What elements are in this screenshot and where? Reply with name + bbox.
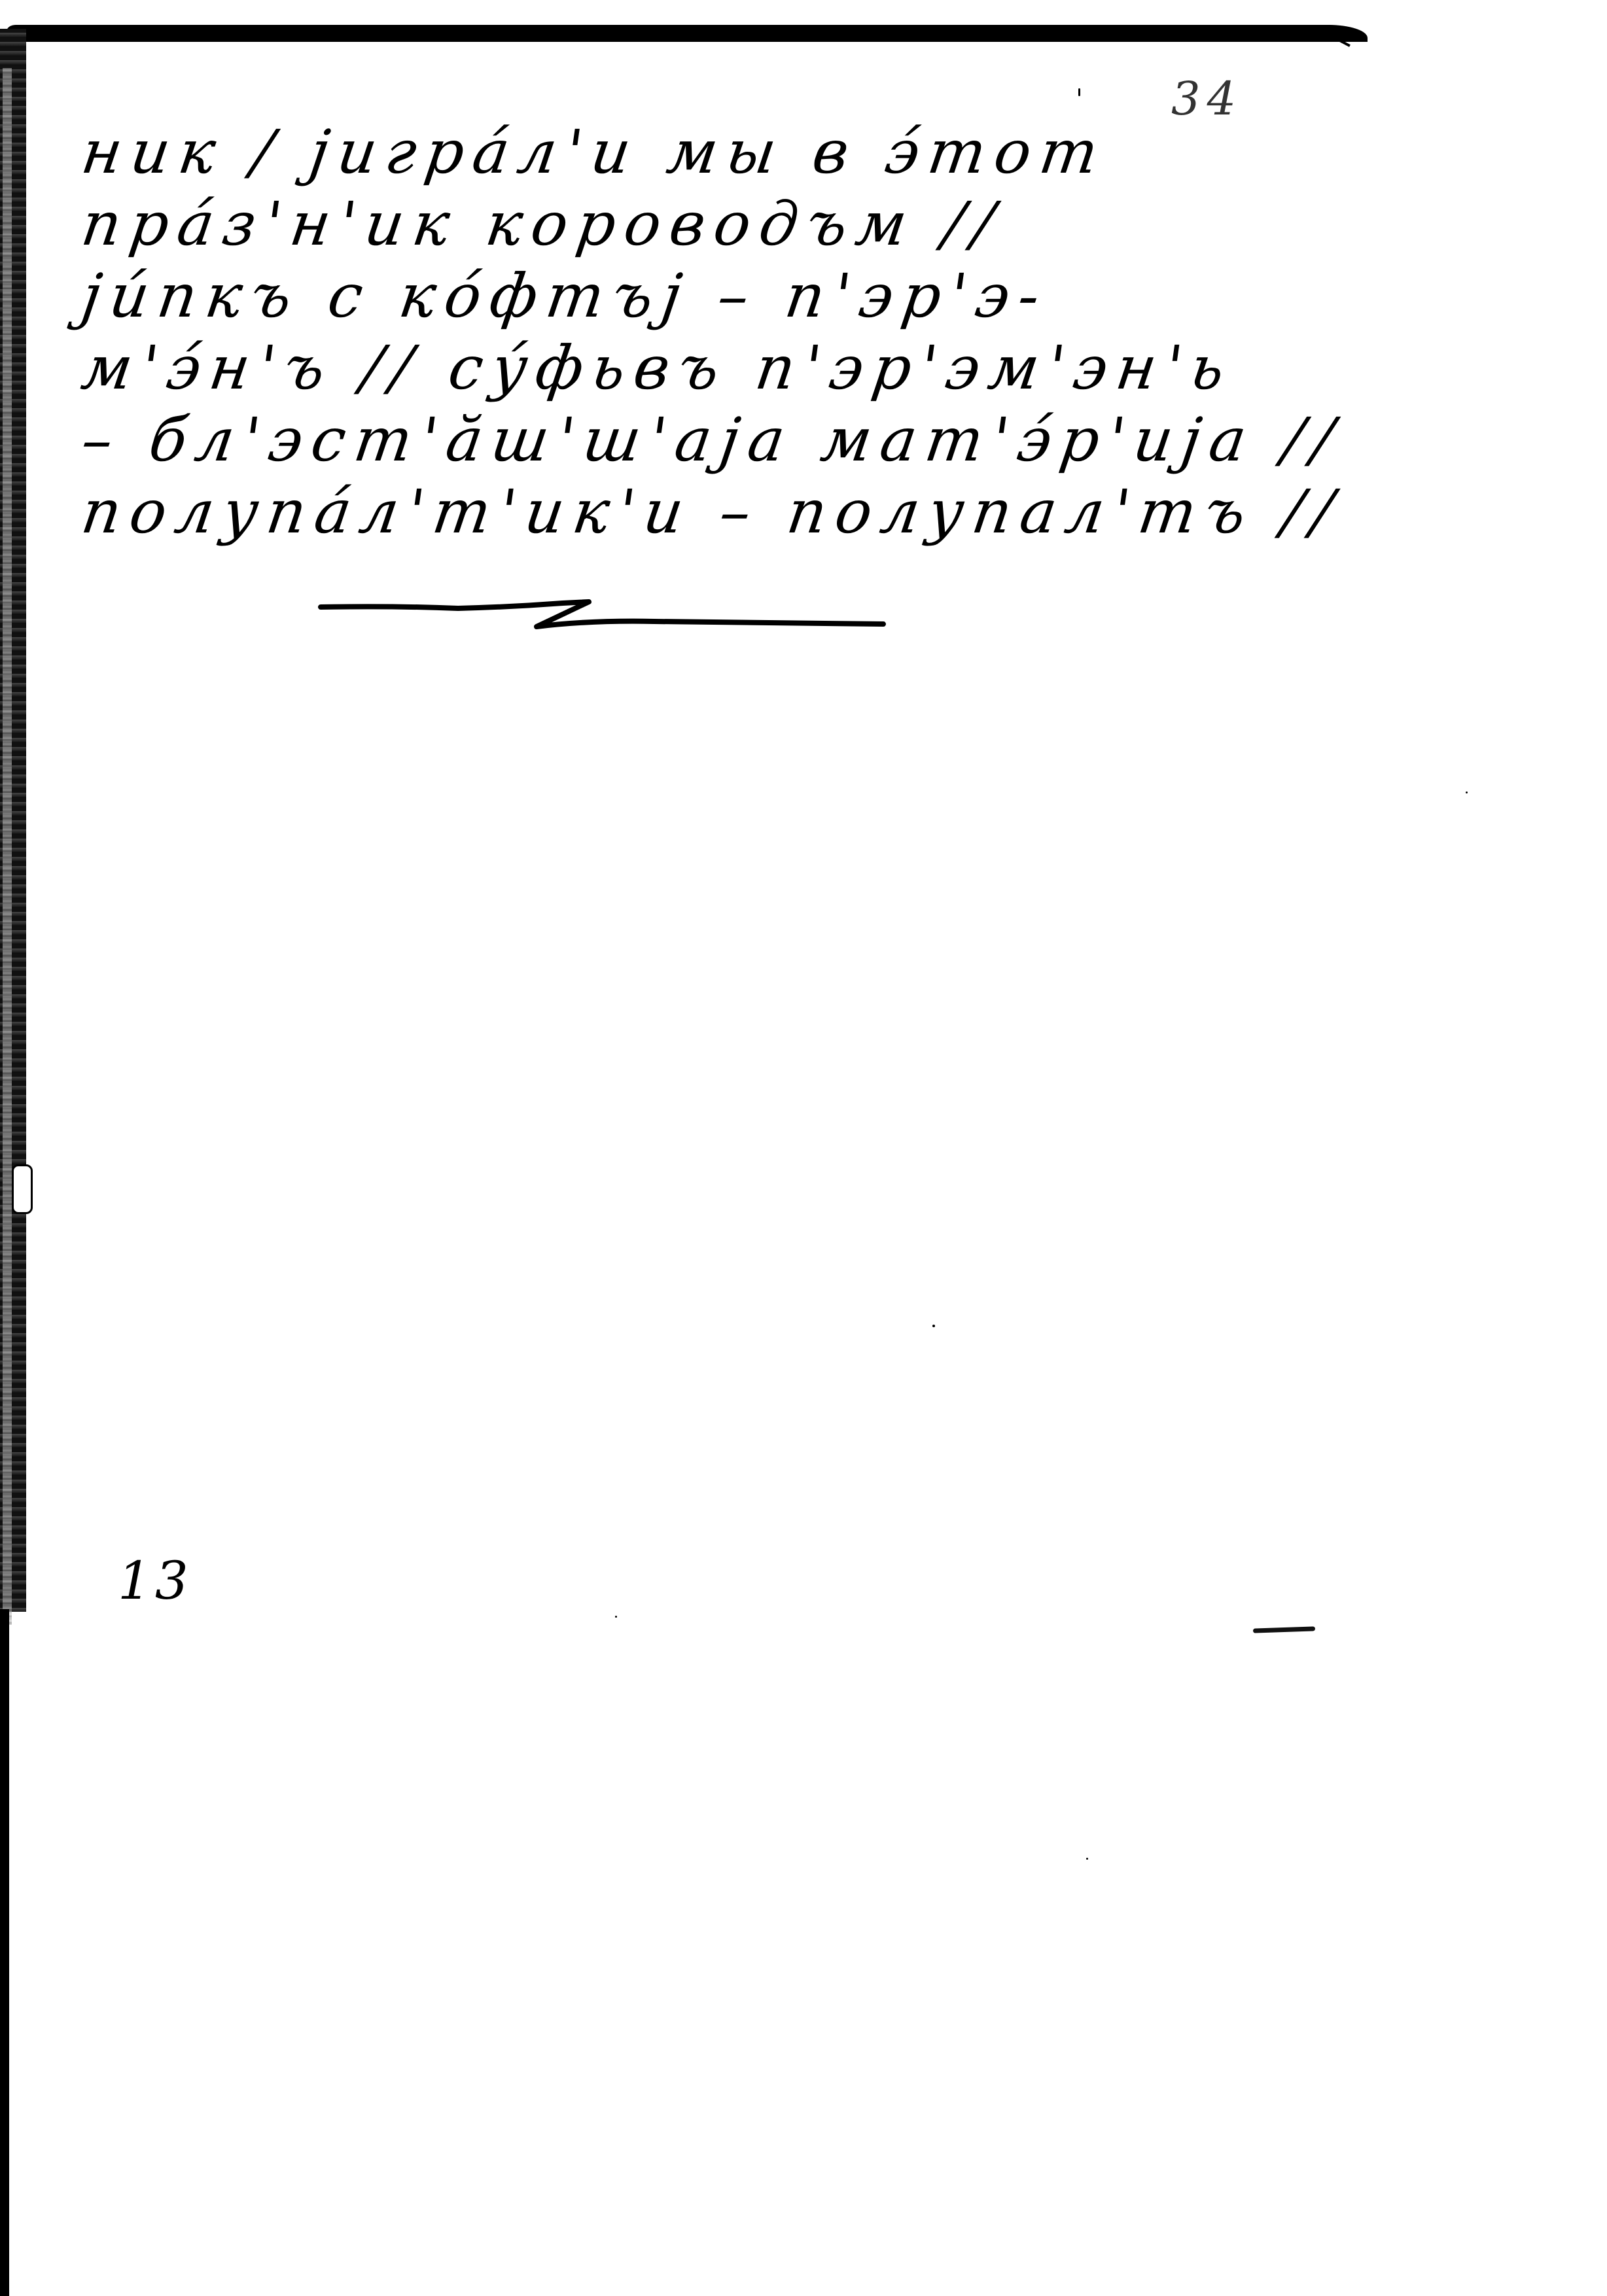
text-line-1: ник / jигра́л'и мы в э́тот [77, 116, 1330, 188]
manuscript-page: 34 ник / jигра́л'и мы в э́тот пра́з'н'ик… [0, 0, 1607, 2296]
text-line-4: м'э́н'ъ // су́фьвъ п'эр'эм'эн'ь [77, 332, 1330, 404]
text-line-6: полупа́л'т'ик'и – полупал'тъ // [77, 476, 1330, 548]
text-line-2: пра́з'н'ик короводъм // [77, 188, 1330, 260]
section-divider-squiggle [314, 582, 890, 635]
ink-speck [932, 1325, 935, 1327]
binding-clip [12, 1164, 33, 1214]
text-line-3: jи́пкъ с ко́фтъj – п'эр'э- [77, 260, 1330, 332]
stray-ink-mark [1253, 1626, 1315, 1633]
ink-speck [1078, 88, 1080, 96]
corner-number-mark: 13 [118, 1550, 192, 1611]
sheet-top-edge [7, 25, 1368, 42]
binding-texture [3, 68, 12, 1625]
ink-speck [1086, 1858, 1088, 1860]
handwritten-text-block: ник / jигра́л'и мы в э́тот пра́з'н'ик ко… [77, 116, 1320, 548]
left-binding-strip [0, 29, 26, 1612]
ink-speck [1466, 791, 1468, 793]
text-line-5: – бл'эст'ӑш'ш'аjа мат'э́р'иjа // [77, 404, 1330, 476]
binding-bottom-edge [0, 1609, 9, 2296]
ink-speck [615, 1616, 617, 1618]
